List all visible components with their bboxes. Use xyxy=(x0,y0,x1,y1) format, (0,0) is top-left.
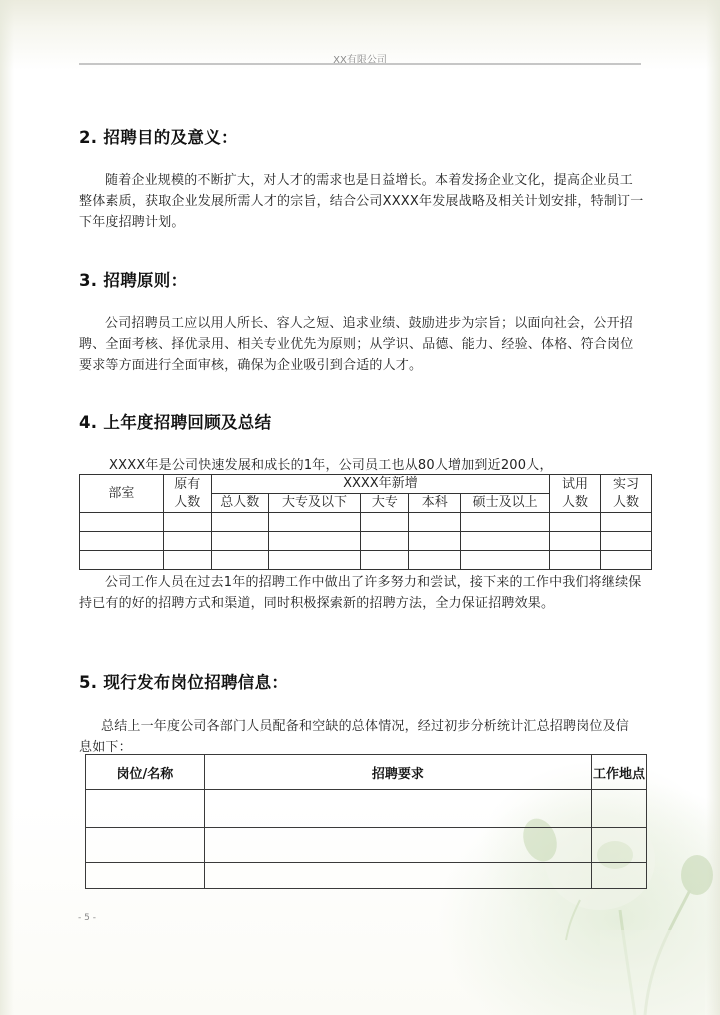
table-cell[interactable] xyxy=(550,513,601,532)
section-heading-purpose: 2. 招聘目的及意义： xyxy=(79,124,238,148)
table-cell[interactable] xyxy=(409,532,461,551)
table-cell[interactable] xyxy=(211,532,268,551)
table-cell[interactable] xyxy=(163,551,211,570)
table-cell[interactable] xyxy=(80,513,164,532)
table-cell[interactable] xyxy=(361,551,409,570)
table-row xyxy=(80,551,652,570)
table-cell[interactable] xyxy=(361,532,409,551)
section-paragraph-review: 公司工作人员在过去1年的招聘工作中做出了许多努力和尝试，接下来的工作中我们将继续… xyxy=(79,572,644,614)
header-location: 工作地点 xyxy=(591,755,646,790)
table-row xyxy=(80,513,652,532)
header-new-hires-group: XXXX年新增 xyxy=(211,475,549,494)
table-cell[interactable] xyxy=(163,532,211,551)
table-cell[interactable] xyxy=(591,790,646,828)
section-paragraph-openings: 总结上一年度公司各部门人员配备和空缺的总体情况，经过初步分析统计汇总招聘岗位及信… xyxy=(79,716,639,758)
table-cell[interactable] xyxy=(86,790,205,828)
table-row xyxy=(86,828,647,863)
page-number: - 5 - xyxy=(78,913,96,923)
recruitment-review-table: 部室 原有人数 XXXX年新增 试用人数 实习人数 总人数 大专及以下 大专 本… xyxy=(79,474,652,570)
table-cell[interactable] xyxy=(600,513,651,532)
table-cell[interactable] xyxy=(204,790,591,828)
table-row xyxy=(80,532,652,551)
header-intern-count: 实习人数 xyxy=(600,475,651,513)
table-cell[interactable] xyxy=(268,513,361,532)
table-row xyxy=(86,863,647,889)
section-intro-review: XXXX年是公司快速发展和成长的1年，公司员工也从80人增加到近200人， xyxy=(79,455,644,476)
section-paragraph-principles: 公司招聘员工应以用人所长、容人之短、追求业绩、鼓励进步为宗旨；以面向社会，公开招… xyxy=(79,313,644,376)
section-heading-review: 4. 上年度招聘回顾及总结 xyxy=(79,409,271,433)
header-below-associate: 大专及以下 xyxy=(268,494,361,513)
header-associate: 大专 xyxy=(361,494,409,513)
table-cell[interactable] xyxy=(86,863,205,889)
table-cell[interactable] xyxy=(86,828,205,863)
table-cell[interactable] xyxy=(600,551,651,570)
table-cell[interactable] xyxy=(211,551,268,570)
job-openings-table: 岗位/名称 招聘要求 工作地点 xyxy=(85,754,647,889)
table-row xyxy=(86,790,647,828)
table-cell[interactable] xyxy=(550,532,601,551)
page-edge-right xyxy=(706,0,720,1015)
header-original-count: 原有人数 xyxy=(163,475,211,513)
header-trial-count: 试用人数 xyxy=(550,475,601,513)
table-cell[interactable] xyxy=(80,551,164,570)
header-total: 总人数 xyxy=(211,494,268,513)
table-cell[interactable] xyxy=(409,551,461,570)
header-bachelor: 本科 xyxy=(409,494,461,513)
header-divider xyxy=(79,63,641,65)
table-cell[interactable] xyxy=(204,863,591,889)
table-cell[interactable] xyxy=(591,863,646,889)
table-cell[interactable] xyxy=(268,532,361,551)
table-cell[interactable] xyxy=(461,513,550,532)
table-cell[interactable] xyxy=(211,513,268,532)
table-cell[interactable] xyxy=(550,551,601,570)
table-cell[interactable] xyxy=(591,828,646,863)
table-cell[interactable] xyxy=(361,513,409,532)
table-cell[interactable] xyxy=(163,513,211,532)
page-edge-left xyxy=(0,0,14,1015)
table-cell[interactable] xyxy=(204,828,591,863)
section-heading-principles: 3. 招聘原则： xyxy=(79,267,187,291)
header-position: 岗位/名称 xyxy=(86,755,205,790)
table-cell[interactable] xyxy=(600,532,651,551)
section-heading-openings: 5. 现行发布岗位招聘信息： xyxy=(79,669,288,693)
table-cell[interactable] xyxy=(461,551,550,570)
section-paragraph-purpose: 随着企业规模的不断扩大，对人才的需求也是日益增长。本着发扬企业文化，提高企业员工… xyxy=(79,170,644,233)
table-cell[interactable] xyxy=(268,551,361,570)
table-cell[interactable] xyxy=(80,532,164,551)
table-cell[interactable] xyxy=(461,532,550,551)
header-requirements: 招聘要求 xyxy=(204,755,591,790)
table-cell[interactable] xyxy=(409,513,461,532)
header-master-above: 硕士及以上 xyxy=(461,494,550,513)
header-department: 部室 xyxy=(80,475,164,513)
